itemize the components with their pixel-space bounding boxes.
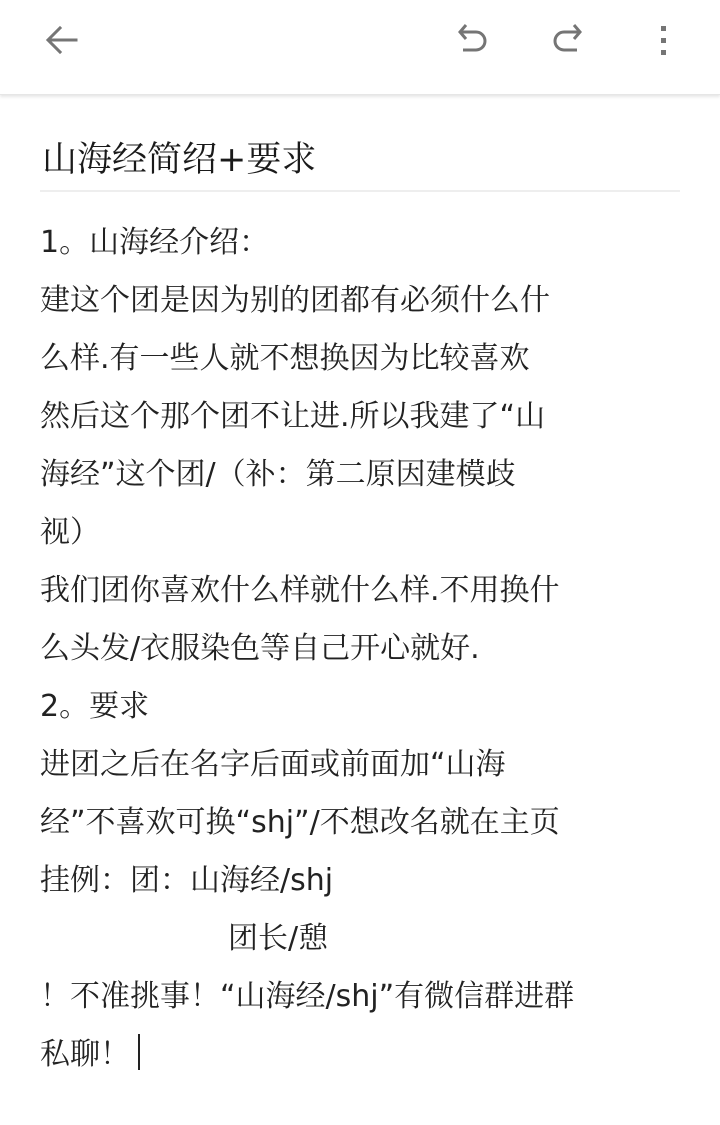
body-line: 海经”这个团/（补：第二原因建模歧 <box>40 446 680 504</box>
text-cursor <box>138 1034 140 1070</box>
body-line: ！不准挑事！“山海经/shj”有微信群进群 <box>40 968 680 1026</box>
body-line: 建这个团是因为别的团都有必须什么什 <box>40 272 680 330</box>
note-title-field[interactable]: 山海经简绍+要求 <box>40 130 680 190</box>
body-line: 然后这个那个团不让进.所以我建了“山 <box>40 388 680 446</box>
top-toolbar <box>0 0 720 95</box>
undo-icon <box>452 20 492 60</box>
body-line: 团长/憩 <box>40 910 680 968</box>
body-line: 1。山海经介绍： <box>40 214 680 272</box>
back-button[interactable] <box>38 16 86 64</box>
body-line: 经”不喜欢可换“shj”/不想改名就在主页 <box>40 794 680 852</box>
body-line: 我们团你喜欢什么样就什么样.不用换什 <box>40 562 680 620</box>
note-editor: 山海经简绍+要求 1。山海经介绍： 建这个团是因为别的团都有必须什么什 么样.有… <box>40 130 680 1084</box>
note-body-field[interactable]: 1。山海经介绍： 建这个团是因为别的团都有必须什么什 么样.有一些人就不想换因为… <box>40 214 680 1084</box>
body-line: 么头发/衣服染色等自己开心就好. <box>40 620 680 678</box>
redo-icon <box>548 20 588 60</box>
undo-button[interactable] <box>448 16 496 64</box>
title-divider <box>40 190 680 192</box>
more-vertical-icon <box>644 20 684 60</box>
body-line: 视） <box>40 504 680 562</box>
redo-button[interactable] <box>544 16 592 64</box>
body-line: 挂例：团：山海经/shj <box>40 852 680 910</box>
body-line-text: 私聊！ <box>40 1037 130 1072</box>
arrow-left-icon <box>42 20 82 60</box>
body-line: 进团之后在名字后面或前面加“山海 <box>40 736 680 794</box>
body-line: 2。要求 <box>40 678 680 736</box>
body-line-last: 私聊！ <box>40 1026 680 1084</box>
more-options-button[interactable] <box>640 16 688 64</box>
body-line: 么样.有一些人就不想换因为比较喜欢 <box>40 330 680 388</box>
